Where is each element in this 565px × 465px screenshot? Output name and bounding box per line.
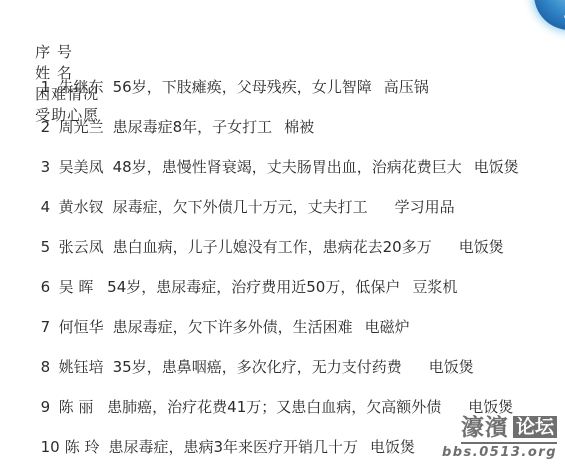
difficulty-text: 56岁，下肢瘫痪，父母残疾，女儿智障 [113,78,372,96]
forum-logo: 濠濱论坛 [461,416,557,444]
difficulty-text: 患尿毒症8年，子女打工 [113,118,273,136]
table-row: 5张云凤患白血病，儿子儿媳没有工作，患病花去20多万 电饭煲 [12,222,519,262]
wish-text: 高压锅 [384,78,429,96]
table-row: 6吴 晖 54岁，患尿毒症，治疗费用近50万，低保户豆浆机 [12,262,519,302]
wish-text: 电饭煲 [414,358,474,376]
person-name: 吴 晖 [59,278,94,296]
table-row: 7何恒华患尿毒症，欠下许多外债，生活困难电磁炉 [12,302,519,342]
person-name: 周光兰 [59,118,104,136]
difficulty-text: 患尿毒症，患病3年来医疗开销几十万 [108,438,358,456]
difficulty-text: 48岁，患慢性肾衰竭，丈夫肠胃出血，治病花费巨大 [113,158,462,176]
row-number: 9 [41,399,54,416]
wish-text: 电饭煲 [453,398,513,416]
wish-text: 豆浆机 [412,278,457,296]
wish-text: 电磁炉 [365,318,410,336]
difficulty-text: 尿毒症，欠下外债几十万元，丈夫打工 [113,198,368,216]
header-col-number: 序 号 [35,43,73,61]
person-name: 何恒华 [59,318,104,336]
difficulty-text: 患白血病，儿子儿媳没有工作，患病花去20多万 [113,238,432,256]
difficulty-text: 54岁，患尿毒症，治疗费用近50万，低保户 [102,278,400,296]
forum-name-boxed-text: 论坛 [513,416,557,438]
wish-text: 学习用品 [380,198,455,216]
table-row: 4黄水钗尿毒症，欠下外债几十万元，丈夫打工 学习用品 [12,182,519,222]
person-name: 陈 玲 [65,438,100,456]
person-name: 朱继东 [59,78,104,96]
table-row: 1朱继东56岁，下肢瘫痪，父母残疾，女儿智障高压锅 [12,62,519,102]
row-number: 3 [41,159,54,176]
difficulty-text: 35岁，患鼻咽癌，多次化疗，无力支付药费 [113,358,402,376]
wish-text: 电饭煲 [444,238,504,256]
row-number: 2 [41,119,54,136]
person-name: 张云凤 [59,238,104,256]
forum-watermark: 濠濱论坛 bbs.0513.org [442,416,557,460]
row-number: 6 [41,279,54,296]
row-number: 4 [41,199,54,216]
table-row: 3吴美凤48岁，患慢性肾衰竭，丈夫肠胃出血，治病花费巨大电饭煲 [12,142,519,182]
row-number: 5 [41,239,54,256]
difficulty-text: 患尿毒症，欠下许多外债，生活困难 [113,318,353,336]
row-number: 1 [41,79,54,96]
table-body: 1朱继东56岁，下肢瘫痪，父母残疾，女儿智障高压锅 2周光兰患尿毒症8年，子女打… [12,62,519,462]
page: 序 号 姓 名 困难情况 受助心愿 1朱继东56岁，下肢瘫痪，父母残疾，女儿智障… [0,0,565,465]
row-number: 10 [41,439,60,456]
person-name: 黄水钗 [59,198,104,216]
wish-text: 电饭煲 [474,158,519,176]
table-row: 8姚钰培35岁，患鼻咽癌，多次化疗，无力支付药费 电饭煲 [12,342,519,382]
wish-text: 棉被 [284,118,314,136]
person-name: 姚钰培 [59,358,104,376]
person-name: 陈 丽 [59,398,94,416]
table-row: 2周光兰患尿毒症8年，子女打工棉被 [12,102,519,142]
forum-name-text: 濠濱 [461,415,509,441]
row-number: 8 [41,359,54,376]
person-name: 吴美凤 [59,158,104,176]
difficulty-text: 患肺癌，治疗花费41万；又患白血病，欠高额外债 [102,398,441,416]
forum-url-text: bbs.0513.org [442,445,557,460]
row-number: 7 [41,319,54,336]
wish-text: 电饭煲 [370,438,415,456]
blue-sphere-icon [534,0,565,30]
